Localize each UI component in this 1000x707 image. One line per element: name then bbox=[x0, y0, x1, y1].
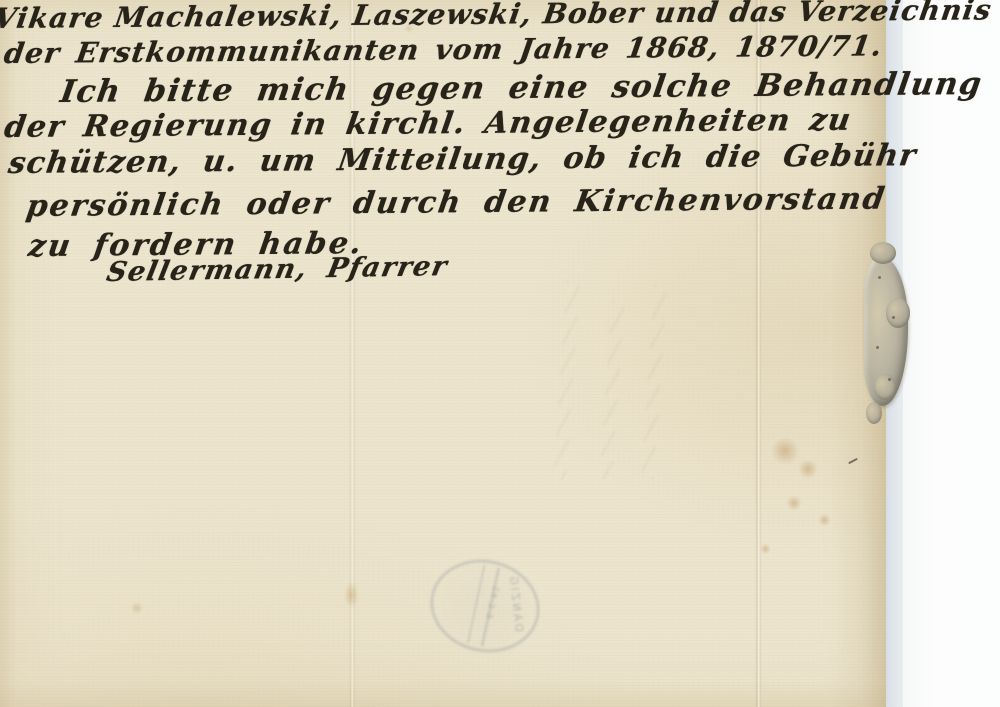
handwritten-line-2: der Erstkommunikanten vom Jahre 1868, 18… bbox=[2, 29, 885, 70]
signature-line: Sellermann, Pfarrer bbox=[104, 251, 451, 288]
handwritten-line-5: schützen, u. um Mitteilung, ob ich die G… bbox=[6, 138, 919, 181]
foxing-stain bbox=[344, 582, 359, 608]
wax-seal-lump bbox=[870, 242, 896, 264]
manuscript-paper: DANZIG 14·3·9 Vikare Machalewski, Laszew… bbox=[0, 0, 886, 707]
wax-seal-lump bbox=[886, 298, 910, 328]
wax-seal-lump bbox=[866, 402, 882, 424]
foxing-stain bbox=[770, 438, 800, 464]
bleed-through-ghost-text bbox=[641, 285, 667, 480]
wax-seal-speck bbox=[892, 316, 895, 319]
bleed-through-ghost-text bbox=[553, 280, 580, 480]
wax-seal-lump bbox=[874, 374, 896, 400]
foxing-stain bbox=[798, 460, 818, 478]
foxing-stain bbox=[818, 514, 831, 526]
handwritten-line-6: persönlich oder durch den Kirchenvorstan… bbox=[24, 182, 889, 224]
foxing-stain bbox=[130, 602, 144, 614]
bleed-through-ghost-text bbox=[600, 300, 625, 480]
postmark-stamp: DANZIG 14·3·9 bbox=[422, 550, 549, 663]
wax-seal-speck bbox=[876, 346, 879, 349]
scanner-background bbox=[903, 0, 1000, 707]
ink-speck bbox=[848, 458, 858, 464]
foxing-stain bbox=[760, 544, 771, 554]
wax-seal-speck bbox=[888, 378, 891, 381]
wax-seal-speck bbox=[878, 276, 881, 279]
wax-seal-remnant bbox=[864, 246, 912, 424]
handwritten-line-4: der Regierung in kirchl. Angelegenheiten… bbox=[2, 103, 854, 145]
scanned-letter-page: DANZIG 14·3·9 Vikare Machalewski, Laszew… bbox=[0, 0, 1000, 707]
foxing-stain bbox=[786, 496, 802, 510]
